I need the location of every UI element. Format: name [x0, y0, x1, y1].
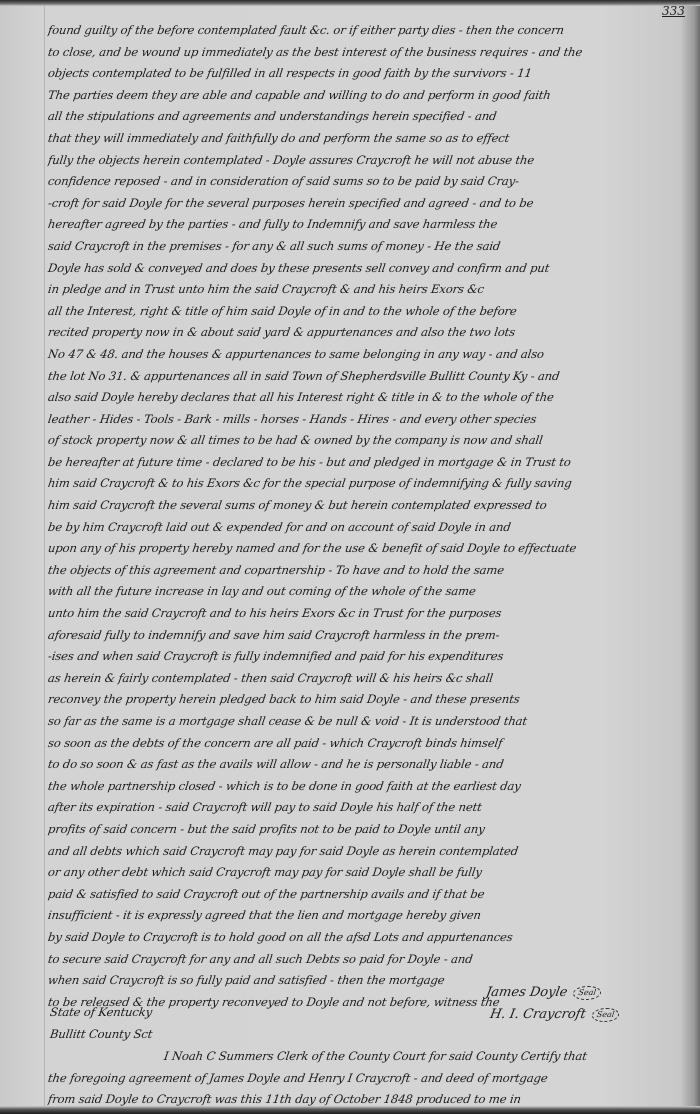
- venue-heading: State of Kentucky Bullitt County Sct: [50, 1002, 350, 1045]
- text-line: also said Doyle hereby declares that all…: [46, 387, 685, 409]
- page-bottom-edge: [0, 1106, 700, 1114]
- text-line: confidence reposed - and in consideratio…: [46, 171, 685, 193]
- text-line: to do so soon & as fast as the avails wi…: [46, 754, 685, 776]
- text-line: that they will immediately and faithfull…: [46, 128, 685, 150]
- seal-icon: Seal: [591, 1008, 621, 1022]
- text-line: Doyle has sold & conveyed and does by th…: [46, 258, 685, 280]
- text-line: -ises and when said Craycroft is fully i…: [46, 646, 685, 668]
- text-line: him said Craycroft & to his Exors &c for…: [46, 473, 685, 495]
- text-line: fully the objects herein contemplated - …: [46, 150, 685, 172]
- seal-icon: Seal: [572, 986, 602, 1000]
- text-line: The parties deem they are able and capab…: [46, 85, 685, 107]
- text-line: to secure said Craycroft for any and all…: [46, 949, 685, 971]
- text-line: all the stipulations and agreements and …: [46, 106, 685, 128]
- text-line: or any other debt which said Craycroft m…: [46, 862, 685, 884]
- clerk-certificate: I Noah C Summers Clerk of the County Cou…: [48, 1046, 684, 1111]
- text-line: leather - Hides - Tools - Bark - mills -…: [46, 409, 685, 431]
- text-line: be by him Craycroft laid out & expended …: [46, 517, 685, 539]
- text-line: all the Interest, right & title of him s…: [46, 301, 685, 323]
- text-line: No 47 & 48. and the houses & appurtenanc…: [46, 344, 685, 366]
- page-top-edge: [0, 0, 700, 6]
- text-line: with all the future increase in lay and …: [46, 581, 685, 603]
- text-line: found guilty of the before contemplated …: [46, 20, 685, 42]
- deed-body-text: found guilty of the before contemplated …: [48, 20, 684, 1013]
- text-line: aforesaid fully to indemnify and save hi…: [46, 625, 685, 647]
- text-line: and all debts which said Craycroft may p…: [46, 841, 685, 863]
- text-line: insufficient - it is expressly agreed th…: [46, 905, 685, 927]
- text-line: the foregoing agreement of James Doyle a…: [46, 1068, 685, 1090]
- margin-rule: [44, 6, 45, 1106]
- text-line: profits of said concern - but the said p…: [46, 819, 685, 841]
- signature-james-doyle: James Doyle Seal: [484, 982, 688, 1004]
- signature-name: H. I. Craycroft: [489, 1007, 587, 1022]
- text-line: said Craycroft in the premises - for any…: [46, 236, 685, 258]
- venue-state: State of Kentucky: [48, 1002, 351, 1024]
- text-line: in pledge and in Trust unto him the said…: [46, 279, 685, 301]
- text-line: the whole partnership closed - which is …: [46, 776, 685, 798]
- manuscript-page: 333 found guilty of the before contempla…: [0, 0, 700, 1114]
- text-line: hereafter agreed by the parties - and fu…: [46, 214, 685, 236]
- text-line: so far as the same is a mortgage shall c…: [46, 711, 685, 733]
- text-line: upon any of his property hereby named an…: [46, 538, 685, 560]
- text-line: objects contemplated to be fulfilled in …: [46, 63, 685, 85]
- venue-county: Bullitt County Sct: [48, 1024, 351, 1046]
- text-line: be hereafter at future time - declared t…: [46, 452, 685, 474]
- text-line: the objects of this agreement and copart…: [46, 560, 685, 582]
- signature-block: James Doyle Seal H. I. Craycroft Seal: [486, 982, 686, 1026]
- text-line: -croft for said Doyle for the several pu…: [46, 193, 685, 215]
- text-line: recited property now in & about said yar…: [46, 322, 685, 344]
- text-line: the lot No 31. & appurtenances all in sa…: [46, 366, 685, 388]
- text-line: of stock property now & all times to be …: [46, 430, 685, 452]
- text-line: reconvey the property herein pledged bac…: [46, 689, 685, 711]
- text-line: paid & satisfied to said Craycroft out o…: [46, 884, 685, 906]
- text-line: after its expiration - said Craycroft wi…: [46, 797, 685, 819]
- page-number: 333: [662, 4, 685, 18]
- signature-h-i-craycroft: H. I. Craycroft Seal: [484, 1004, 688, 1026]
- text-line: unto him the said Craycroft and to his h…: [46, 603, 685, 625]
- text-line: as herein & fairly contemplated - then s…: [46, 668, 685, 690]
- signature-name: James Doyle: [485, 985, 569, 1000]
- text-line: so soon as the debts of the concern are …: [46, 733, 685, 755]
- text-line: I Noah C Summers Clerk of the County Cou…: [46, 1046, 685, 1068]
- text-line: him said Craycroft the several sums of m…: [46, 495, 685, 517]
- text-line: by said Doyle to Craycroft is to hold go…: [46, 927, 685, 949]
- text-line: to close, and be wound up immediately as…: [46, 42, 685, 64]
